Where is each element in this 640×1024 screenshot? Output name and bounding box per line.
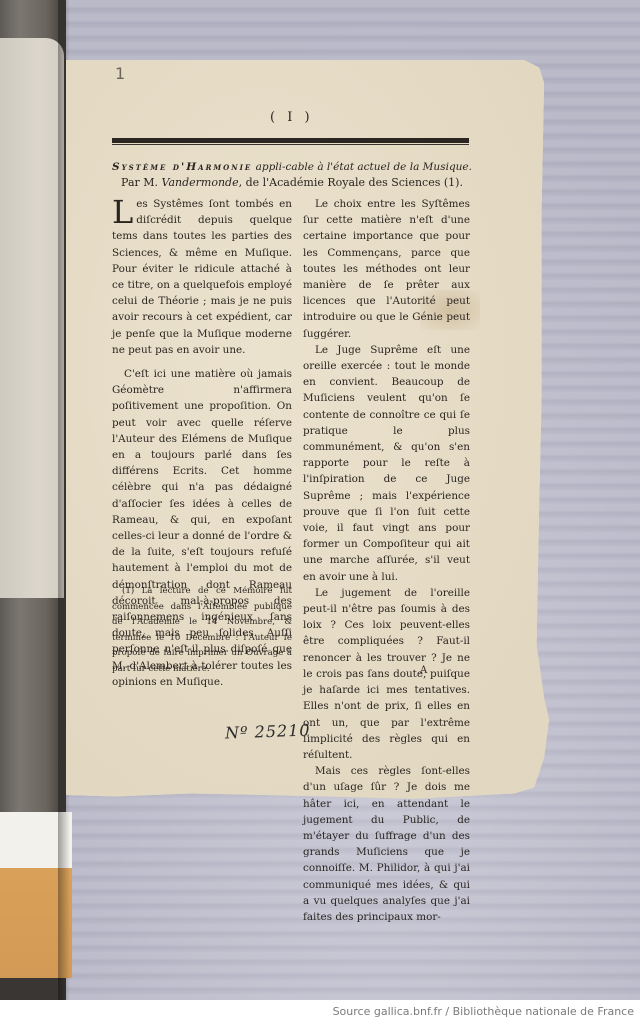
title-smallcaps: Système d'Harmonie [112,161,252,173]
source-credit: Source gallica.bnf.fr / Bibliothèque nat… [333,1005,634,1018]
source-bar: Source gallica.bnf.fr / Bibliothèque nat… [0,1000,640,1024]
right-column: Le choix entre les Syſtêmes ſur cette ma… [303,196,470,925]
byline-author: Vandermonde [162,176,239,189]
footnote: (1) La lecture de ce Mémoire fut commenc… [112,584,292,678]
left-paragraph-1: Les Systêmes ſont tombés en diſcrédit de… [112,196,292,358]
pencil-mark: 1 [115,64,125,83]
left-paragraph-1-text: es Systêmes ſont tombés en diſcrédit dep… [112,198,292,356]
right-paragraph-4: Mais ces règles ſont-elles d'un uſage ſû… [303,763,470,925]
right-paragraph-1: Le choix entre les Syſtêmes ſur cette ma… [303,196,470,342]
signature-mark: A [420,665,427,676]
right-paragraph-3: Le jugement de l'oreille peut-il n'être … [303,585,470,763]
footnote-text: (1) La lecture de ce Mémoire fut commenc… [112,584,292,678]
article-title: Système d'Harmonie appli-cable à l'état … [112,160,472,174]
page-number: ( I ) [270,110,314,125]
byline-suffix: , de l'Académie Royale des Sciences (1). [239,176,463,189]
header-rule [112,138,469,143]
binding-bottom [0,978,66,1000]
handwritten-shelfmark: Nº 25210 [225,721,311,743]
title-rest: appli-cable à l'état actuel de la Musiqu… [252,161,472,173]
drop-cap: L [112,198,133,226]
left-page-edge [0,38,64,598]
byline-prefix: Par M. [121,176,161,189]
scan-background: 1 ( I ) Système d'Harmonie appli-cable à… [0,0,640,1000]
byline: Par M. Vandermonde, de l'Académie Royale… [112,176,472,190]
header-rule-thin [112,144,469,145]
right-paragraph-2: Le Juge Suprême eſt une oreille exercée … [303,342,470,585]
